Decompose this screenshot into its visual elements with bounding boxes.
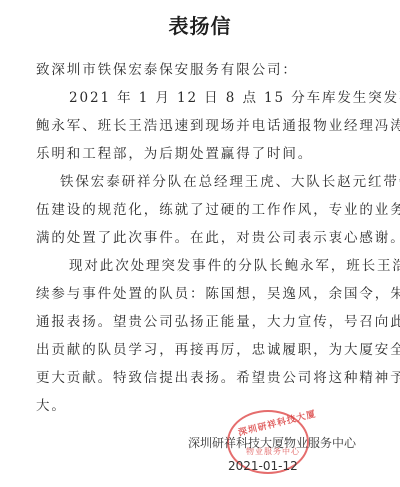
signature: 深圳研祥科技大厦物业服务中心 [188, 434, 356, 451]
body-line: 满的处置了此次事件。在此，对贵公司表示衷心感谢。 [36, 229, 366, 247]
body-line: 更大贡献。特致信提出表扬。希望贵公司将这种精神予以发扬光 [36, 369, 366, 387]
body-line: 大。 [36, 397, 366, 415]
body-line: 通报表扬。望贵公司弘扬正能量，大力宣传，号召向此次事件做 [36, 313, 366, 331]
body-line: 鲍永军、班长王浩迅速到现场并电话通报物业经理冯涛，主管宁 [36, 117, 366, 135]
body-line: 乐明和工程部，为后期处置赢得了时间。 [36, 145, 366, 163]
body-line: 伍建设的规范化，练就了过硬的工作作风，专业的业务技能。圆 [36, 201, 366, 219]
body-line: 铁保宏泰研祥分队在总经理王虎、大队长赵元红带领下，队 [60, 173, 390, 191]
signature-date: 2021-01-12 [228, 459, 298, 473]
body-line: 现对此次处理突发事件的分队长鲍永军，班长王浩以及后 [69, 257, 399, 275]
body-line: 续参与事件处置的队员：陈国想，吴逸风，余国令，朱铁玉给予 [36, 285, 366, 303]
letter-title: 表扬信 [0, 10, 400, 39]
body-line: 出贡献的队员学习，再接再厉，忠诚履职，为大厦安全工作做出 [36, 341, 366, 359]
body-line: 2021 年 1 月 12 日 8 点 15 分车库发生突发事件。分队长 [69, 89, 399, 107]
salutation: 致深圳市铁保宏泰保安服务有限公司： [36, 61, 366, 79]
